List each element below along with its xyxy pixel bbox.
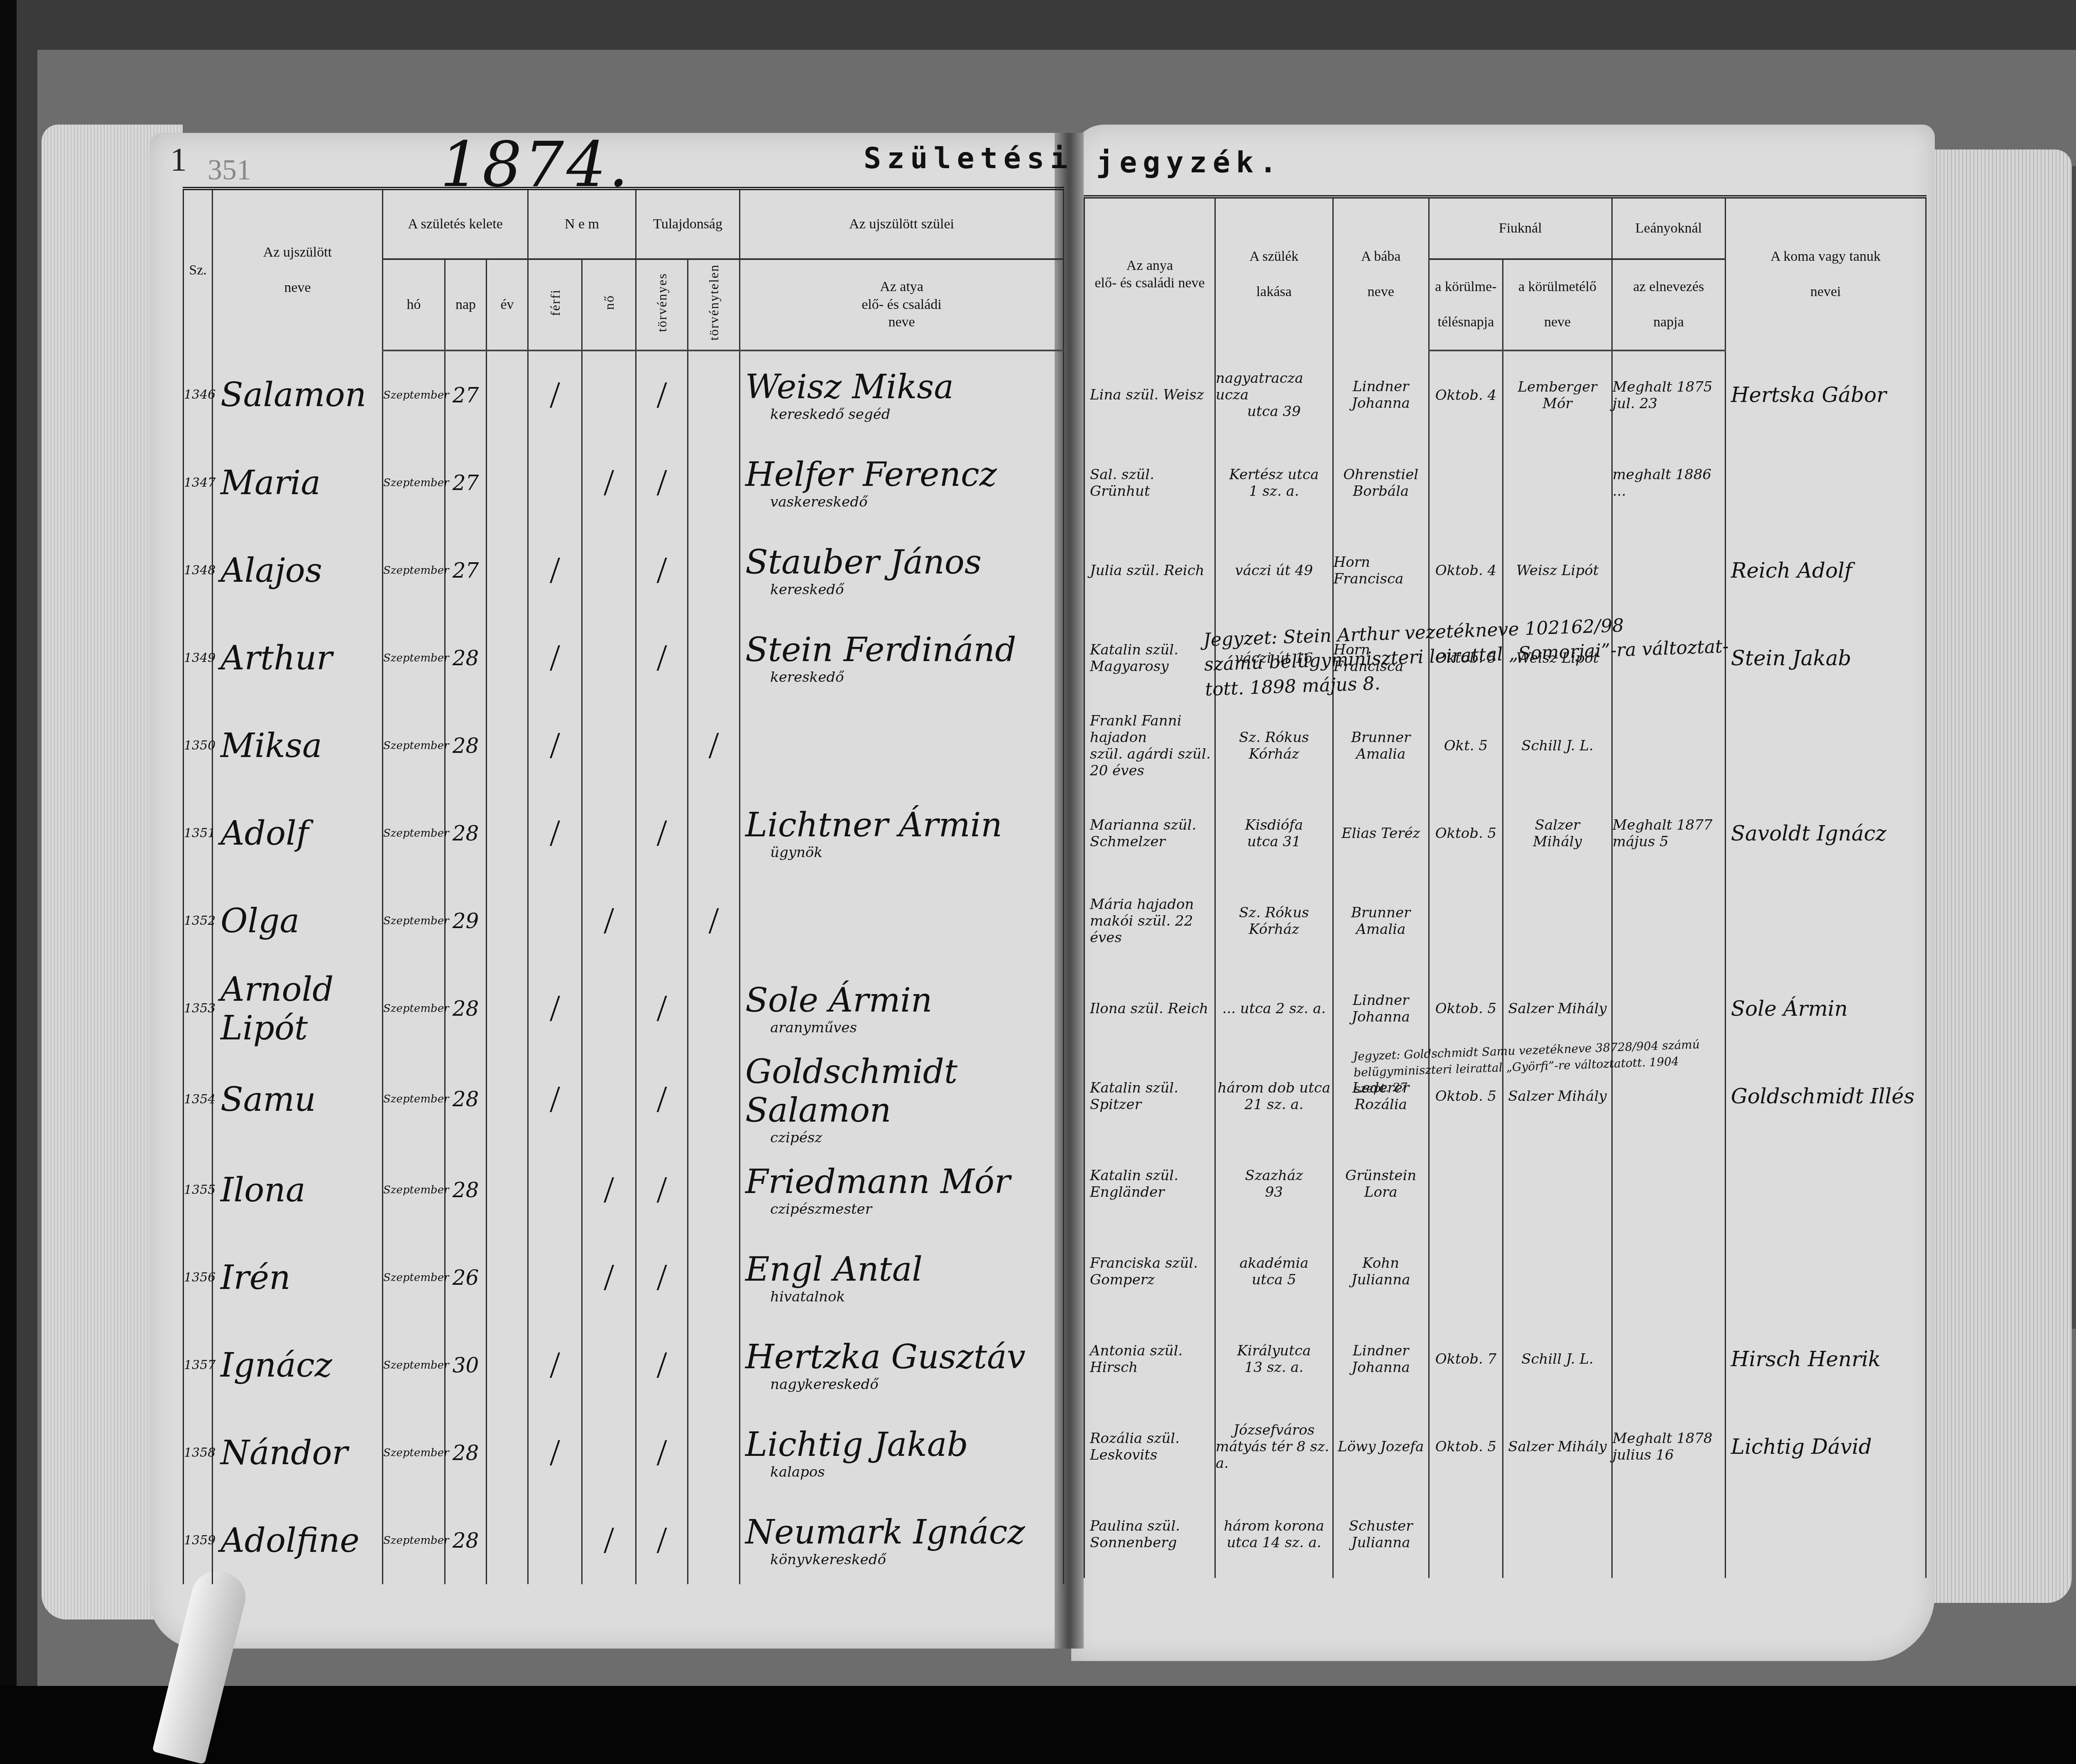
register-row: Rozália szül. LeskovitsJózsefvárosmátyás… [1085, 1403, 1926, 1490]
godparent-name [1725, 877, 1926, 965]
sex-female [582, 1321, 636, 1409]
newborn-name: Adolf [213, 789, 383, 877]
sex-female: / [582, 877, 636, 965]
midwife-name-line: Johanna [1351, 1009, 1410, 1025]
father-name: Stauber Jánoskereskedő [740, 527, 1064, 614]
register-row: 1354SamuSzeptember28//Goldschmidt Salamo… [184, 1052, 1064, 1146]
birth-month: Szeptember [383, 702, 445, 789]
scan-border-left [0, 0, 17, 1764]
register-row: 1356IrénSzeptember26//Engl Antalhivataln… [184, 1234, 1064, 1321]
parents-residence: Szazház93 [1215, 1140, 1333, 1227]
legitimate: / [636, 965, 688, 1052]
register-row: Franciska szül. Gomperzakadémiautca 5Koh… [1085, 1227, 1926, 1315]
birth-day: 27 [445, 350, 487, 439]
legitimate [636, 877, 688, 965]
register-table-left: Sz. Az ujszülöttneve A születés kelete N… [183, 187, 1064, 1584]
parents-residence-line: Sz. Rókus [1239, 904, 1309, 921]
midwife-name-line: Grünstein [1345, 1167, 1416, 1184]
register-row: 1359AdolfineSzeptember28//Neumark Ignácz… [184, 1497, 1064, 1584]
sex-male: / [528, 527, 582, 614]
naming-date-remark [1612, 702, 1725, 789]
birth-year [487, 965, 528, 1052]
midwife-name-line: Brunner [1351, 729, 1410, 746]
midwife-name-line: Rozália [1355, 1096, 1407, 1113]
midwife-name-line: Löwy Jozefa [1338, 1438, 1424, 1455]
mother-name-line: Franciska szül. Gomperz [1090, 1255, 1214, 1288]
birth-month: Szeptember [383, 1146, 445, 1234]
circumciser-name-line: Salzer Mihály [1508, 1438, 1606, 1455]
parents-residence-line: mátyás tér 8 sz. a. [1216, 1438, 1332, 1472]
midwife-name-line: Ohrenstiel [1343, 466, 1418, 483]
naming-date-remark: meghalt 1886 ... [1612, 439, 1725, 527]
sex-male: / [528, 965, 582, 1052]
father-name: Hertzka Gusztávnagykereskedő [740, 1321, 1064, 1409]
newborn-name: Ignácz [213, 1321, 383, 1409]
midwife-name-line: Julianna [1351, 1272, 1410, 1288]
circumciser-name-line: Weisz Lipót [1516, 562, 1599, 579]
birth-day: 27 [445, 439, 487, 527]
father-full-name: Helfer Ferencz [745, 455, 997, 494]
header-illegitimate: törvénytelen [688, 259, 740, 350]
birth-day: 28 [445, 1146, 487, 1234]
register-row: Frankl Fanni hajadonszül. agárdi szül. 2… [1085, 702, 1926, 789]
mother-name: Marianna szül. Schmelzer [1085, 789, 1215, 877]
birth-year [487, 1409, 528, 1497]
midwife-name-line: Brunner [1351, 904, 1410, 921]
mother-name: Mária hajadonmakói szül. 22 éves [1085, 877, 1215, 965]
birth-day: 28 [445, 614, 487, 702]
father-occupation: vaskereskedő [745, 494, 867, 510]
father-full-name: Goldschmidt Salamon [745, 1052, 1063, 1129]
father-occupation: nagykereskedő [745, 1376, 879, 1393]
header-number: Sz. [184, 189, 213, 350]
mother-name-line: Paulina szül. Sonnenberg [1090, 1518, 1214, 1551]
illegitimate: / [688, 877, 740, 965]
circumciser-name [1503, 1140, 1612, 1227]
father-name: Friedmann Mórczipészmester [740, 1146, 1064, 1234]
birth-year [487, 1234, 528, 1321]
birth-day: 28 [445, 1409, 487, 1497]
parents-residence: három dob utca21 sz. a. [1215, 1052, 1333, 1140]
midwife-name-line: Lindner [1353, 992, 1409, 1009]
newborn-name: Arthur [213, 614, 383, 702]
parents-residence-line: váczi út 49 [1235, 562, 1313, 579]
mother-name: Katalin szül. Engländer [1085, 1140, 1215, 1227]
parents-residence: Józsefvárosmátyás tér 8 sz. a. [1215, 1403, 1333, 1490]
newborn-name: Adolfine [213, 1497, 383, 1584]
sex-male: / [528, 614, 582, 702]
father-occupation: czipész [745, 1129, 822, 1146]
father-occupation: kereskedő [745, 581, 844, 598]
newborn-name: Nándor [213, 1409, 383, 1497]
entry-number: 1346 [184, 350, 213, 439]
circumcision-date-line: Oktob. 5 [1435, 825, 1497, 842]
newborn-name: Ilona [213, 1146, 383, 1234]
birth-day: 30 [445, 1321, 487, 1409]
birth-year [487, 439, 528, 527]
godparent-name [1725, 1227, 1926, 1315]
midwife-name: LindnerJohanna [1333, 1315, 1429, 1403]
father-name: Stein Ferdinándkereskedő [740, 614, 1064, 702]
mother-name-line: Frankl Fanni hajadon [1090, 713, 1214, 746]
parents-residence-line: három korona [1224, 1518, 1324, 1534]
midwife-name: LindnerJohanna [1333, 350, 1429, 439]
parents-residence: Sz. RókusKórház [1215, 702, 1333, 789]
parents-residence-line: utca 39 [1247, 403, 1301, 420]
register-row: 1348AlajosSzeptember27//Stauber Jánosker… [184, 527, 1064, 614]
header-godparents: A koma vagy tanuknevei [1725, 197, 1926, 350]
midwife-name-line: Borbála [1353, 483, 1409, 500]
register-row: 1349ArthurSzeptember28//Stein Ferdinándk… [184, 614, 1064, 702]
newborn-name: Arnold Lipót [213, 965, 383, 1052]
naming-date-remark [1612, 1227, 1725, 1315]
legitimate: / [636, 789, 688, 877]
register-row: 1358NándorSzeptember28//Lichtig Jakabkal… [184, 1409, 1064, 1497]
sex-male: / [528, 350, 582, 439]
circumciser-name: Schill J. L. [1503, 1315, 1612, 1403]
circumciser-name: Salzer Mihály [1503, 965, 1612, 1052]
page-edges-right [1918, 149, 2072, 1603]
illegitimate [688, 1409, 740, 1497]
entry-number: 1353 [184, 965, 213, 1052]
naming-date-remark [1612, 1315, 1725, 1403]
birth-day: 28 [445, 965, 487, 1052]
midwife-name-line: Julianna [1351, 1534, 1410, 1551]
parents-residence: Királyutca13 sz. a. [1215, 1315, 1333, 1403]
father-full-name: Stauber János [745, 543, 982, 581]
illegitimate [688, 439, 740, 527]
circumcision-date [1429, 1140, 1503, 1227]
scan-border-bottom [0, 1686, 2076, 1764]
midwife-name-line: Lora [1364, 1184, 1398, 1200]
godparent-name [1725, 702, 1926, 789]
entry-number: 1359 [184, 1497, 213, 1584]
illegitimate [688, 1052, 740, 1146]
newborn-name: Miksa [213, 702, 383, 789]
midwife-name-line: Horn Francisca [1334, 554, 1428, 587]
circumcision-date-line: Oktob. 5 [1435, 1438, 1497, 1455]
circumcision-date-line: Okt. 5 [1444, 737, 1488, 754]
birth-month: Szeptember [383, 527, 445, 614]
godparent-name-line: Hirsch Henrik [1731, 1347, 1881, 1371]
parents-residence-line: Sz. Rókus [1239, 729, 1309, 746]
illegitimate [688, 1234, 740, 1321]
circumcision-date: Oktob. 5 [1429, 965, 1503, 1052]
mother-name-line: Katalin szül. Magyarosy [1090, 642, 1214, 675]
father-occupation: kalapos [745, 1464, 825, 1480]
circumcision-date-line: Oktob. 7 [1435, 1351, 1497, 1367]
father-name: Goldschmidt Salamonczipész [740, 1052, 1064, 1146]
parents-residence-line: Kisdiófa [1245, 817, 1303, 833]
sex-male: / [528, 1052, 582, 1146]
circumcision-date-line: Oktob. 5 [1435, 1000, 1497, 1017]
father-occupation: hivatalnok [745, 1289, 845, 1305]
circumciser-name [1503, 1490, 1612, 1578]
sex-male [528, 1497, 582, 1584]
birth-day: 28 [445, 789, 487, 877]
midwife-name-line: Johanna [1351, 1359, 1410, 1376]
father-full-name: Engl Antal [745, 1250, 923, 1289]
parents-residence-line: 1 sz. a. [1249, 483, 1299, 500]
header-newborn-name: Az ujszülöttneve [213, 189, 383, 350]
parents-residence: Kisdiófautca 31 [1215, 789, 1333, 877]
parents-residence-line: akadémia [1239, 1255, 1308, 1272]
entry-number: 1356 [184, 1234, 213, 1321]
naming-date-remark [1612, 877, 1725, 965]
parents-residence-line: Kórház [1249, 746, 1299, 762]
sex-female [582, 1409, 636, 1497]
mother-name: Paulina szül. Sonnenberg [1085, 1490, 1215, 1578]
register-row: Marianna szül. SchmelzerKisdiófautca 31E… [1085, 789, 1926, 877]
godparent-name: Savoldt Ignácz [1725, 789, 1926, 877]
register-row: Paulina szül. Sonnenberghárom koronautca… [1085, 1490, 1926, 1578]
midwife-name: Elias Teréz [1333, 789, 1429, 877]
register-row: 1351AdolfSzeptember28//Lichtner Árminügy… [184, 789, 1064, 877]
mother-name-line: Julia szül. Reich [1090, 562, 1204, 579]
mother-name-line: Rozália szül. Leskovits [1090, 1430, 1214, 1463]
header-parents-group: Az ujszülött szülei [740, 189, 1064, 259]
father-full-name: Lichtner Ármin [745, 806, 1002, 844]
naming-date-remark: Meghalt 1878 julius 16 [1612, 1403, 1725, 1490]
sex-female: / [582, 1146, 636, 1234]
parents-residence: nagyatracza uczautca 39 [1215, 350, 1333, 439]
sex-male [528, 1146, 582, 1234]
mother-name-line: Sal. szül. Grünhut [1090, 466, 1214, 500]
header-birth-date: A születés kelete [383, 189, 528, 259]
legitimate: / [636, 1052, 688, 1146]
birth-month: Szeptember [383, 350, 445, 439]
parents-residence-line: Kertész utca [1229, 466, 1319, 483]
register-row: Ilona szül. Reich... utca 2 sz. a.Lindne… [1085, 965, 1926, 1052]
circumciser-name-line: Lemberger [1518, 379, 1597, 395]
birth-year [487, 350, 528, 439]
father-occupation: kereskedő segéd [745, 406, 891, 423]
entry-number: 1355 [184, 1146, 213, 1234]
illegitimate [688, 965, 740, 1052]
godparent-name-line: Reich Adolf [1731, 559, 1852, 583]
naming-date-remark-line: Meghalt 1875 jul. 23 [1613, 379, 1725, 412]
midwife-name: OhrenstielBorbála [1333, 439, 1429, 527]
mother-name: Rozália szül. Leskovits [1085, 1403, 1215, 1490]
godparent-name-line: Sole Ármin [1731, 997, 1848, 1021]
mother-name-line: Mária hajadon [1090, 896, 1194, 913]
circumcision-date: Oktob. 5 [1429, 789, 1503, 877]
birth-year [487, 527, 528, 614]
mother-name-line: szül. agárdi szül. 20 éves [1090, 746, 1214, 779]
entry-number: 1350 [184, 702, 213, 789]
midwife-name-line: Schuster [1349, 1518, 1413, 1534]
birth-month: Szeptember [383, 1234, 445, 1321]
page-mark: 1 [170, 141, 187, 179]
midwife-name-line: Amalia [1356, 921, 1405, 938]
father-occupation: czipészmester [745, 1201, 872, 1218]
circumciser-name: SalzerMihály [1503, 789, 1612, 877]
register-row: Lina szül. Weisznagyatracza uczautca 39L… [1085, 350, 1926, 439]
newborn-name: Irén [213, 1234, 383, 1321]
mother-name-line: Antonia szül. Hirsch [1090, 1343, 1214, 1376]
register-title-right: jegyzék. [1096, 145, 1283, 179]
parents-residence-line: Kórház [1249, 921, 1299, 938]
parents-residence-line: Királyutca [1237, 1343, 1311, 1359]
circumcision-date-line: Oktob. 4 [1435, 387, 1497, 404]
birth-month: Szeptember [383, 439, 445, 527]
father-name: Engl Antalhivatalnok [740, 1234, 1064, 1321]
sex-female: / [582, 1234, 636, 1321]
illegitimate [688, 789, 740, 877]
header-residence: A szüléklakása [1215, 197, 1333, 350]
entry-number: 1351 [184, 789, 213, 877]
birth-year [487, 1052, 528, 1146]
entry-number: 1357 [184, 1321, 213, 1409]
header-male: férfi [528, 259, 582, 350]
naming-date-remark [1612, 527, 1725, 614]
father-occupation: ügynök [745, 844, 823, 861]
mother-name-line: Katalin szül. Spitzer [1090, 1080, 1214, 1113]
circumciser-name-line: Mihály [1533, 833, 1582, 850]
circumciser-name-line: Salzer [1535, 817, 1580, 833]
mother-name-line: Ilona szül. Reich [1090, 1000, 1208, 1017]
sex-male: / [528, 789, 582, 877]
register-row: 1352OlgaSzeptember29// [184, 877, 1064, 965]
godparent-name: Lichtig Dávid [1725, 1403, 1926, 1490]
godparent-name-line: Stein Jakab [1731, 646, 1851, 670]
register-row: 1357IgnáczSzeptember30//Hertzka Gusztávn… [184, 1321, 1064, 1409]
circumcision-date [1429, 1490, 1503, 1578]
naming-date-remark [1612, 1490, 1725, 1578]
header-year: év [487, 259, 528, 350]
register-row: 1355IlonaSzeptember28//Friedmann Mórczip… [184, 1146, 1064, 1234]
birth-year [487, 1146, 528, 1234]
birth-month: Szeptember [383, 877, 445, 965]
header-legitimate: törvényes [636, 259, 688, 350]
header-boys-group: Fiuknál [1429, 197, 1612, 259]
father-name [740, 702, 1064, 789]
circumcision-date-line: Oktob. 4 [1435, 562, 1497, 579]
naming-date-remark-line: Meghalt 1878 julius 16 [1613, 1430, 1725, 1463]
godparent-name-line: Lichtig Dávid [1731, 1435, 1872, 1459]
mother-name-line: Katalin szül. Engländer [1090, 1167, 1214, 1200]
header-month: hó [383, 259, 445, 350]
midwife-name-line: Johanna [1351, 395, 1410, 412]
circumciser-name-line: Salzer Mihály [1508, 1000, 1606, 1017]
sex-male: / [528, 1409, 582, 1497]
legitimate: / [636, 1146, 688, 1234]
naming-date-remark-line: Meghalt 1877 május 5 [1613, 817, 1725, 850]
father-full-name: Friedmann Mór [745, 1162, 1010, 1201]
godparent-name [1725, 1490, 1926, 1578]
register-row: Sal. szül. GrünhutKertész utca1 sz. a.Oh… [1085, 439, 1926, 527]
illegitimate [688, 1321, 740, 1409]
mother-name: Ilona szül. Reich [1085, 965, 1215, 1052]
naming-date-remark: Meghalt 1877 május 5 [1612, 789, 1725, 877]
newborn-name: Samu [213, 1052, 383, 1146]
parents-residence-line: utca 31 [1247, 833, 1301, 850]
circumciser-name-line: Mór [1542, 395, 1572, 412]
register-row: 1353Arnold LipótSzeptember28//Sole Ármin… [184, 965, 1064, 1052]
midwife-name: Löwy Jozefa [1333, 1403, 1429, 1490]
header-midwife: A bábaneve [1333, 197, 1429, 350]
father-full-name: Hertzka Gusztáv [745, 1338, 1026, 1376]
father-full-name: Sole Ármin [745, 981, 932, 1019]
entry-number: 1354 [184, 1052, 213, 1146]
circumcision-date: Oktob. 5 [1429, 1403, 1503, 1490]
mother-name: Frankl Fanni hajadonszül. agárdi szül. 2… [1085, 702, 1215, 789]
legitimate [636, 702, 688, 789]
header-naming-date: az elnevezésnapja [1612, 259, 1725, 350]
circumcision-date [1429, 439, 1503, 527]
entry-number: 1347 [184, 439, 213, 527]
parents-residence: Sz. RókusKórház [1215, 877, 1333, 965]
circumciser-name: Schill J. L. [1503, 702, 1612, 789]
father-name: Helfer Ferenczvaskereskedő [740, 439, 1064, 527]
father-occupation: könyvkereskedő [745, 1551, 886, 1568]
illegitimate [688, 350, 740, 439]
register-row: 1346SalamonSzeptember27//Weisz Miksakere… [184, 350, 1064, 439]
birth-day: 28 [445, 1497, 487, 1584]
mother-name: Sal. szül. Grünhut [1085, 439, 1215, 527]
sex-male [528, 1234, 582, 1321]
legitimate: / [636, 527, 688, 614]
parents-residence: akadémiautca 5 [1215, 1227, 1333, 1315]
midwife-name: KohnJulianna [1333, 1227, 1429, 1315]
mother-name-line: Lina szül. Weisz [1090, 387, 1204, 403]
mother-name: Julia szül. Reich [1085, 527, 1215, 614]
godparent-name-line: Savoldt Ignácz [1731, 821, 1887, 845]
sex-female [582, 527, 636, 614]
legitimate: / [636, 1409, 688, 1497]
sex-female [582, 789, 636, 877]
father-occupation: aranyműves [745, 1019, 857, 1036]
illegitimate [688, 1497, 740, 1584]
header-sex: N e m [528, 189, 636, 259]
sex-male: / [528, 1321, 582, 1409]
illegitimate [688, 614, 740, 702]
register-row: Antonia szül. HirschKirályutca13 sz. a.L… [1085, 1315, 1926, 1403]
newborn-name: Alajos [213, 527, 383, 614]
birth-month: Szeptember [383, 1409, 445, 1497]
birth-day: 28 [445, 702, 487, 789]
sex-female: / [582, 1497, 636, 1584]
father-name [740, 877, 1064, 965]
mother-name: Franciska szül. Gomperz [1085, 1227, 1215, 1315]
father-name: Lichtner Árminügynök [740, 789, 1064, 877]
newborn-name: Salamon [213, 350, 383, 439]
legitimate: / [636, 1321, 688, 1409]
register-title-left: Születési [864, 141, 1073, 175]
register-row: 1347MariaSzeptember27//Helfer Ferenczvas… [184, 439, 1064, 527]
legitimate: / [636, 350, 688, 439]
newborn-name: Olga [213, 877, 383, 965]
birth-year [487, 1321, 528, 1409]
parents-residence: Kertész utca1 sz. a. [1215, 439, 1333, 527]
midwife-name-line: Amalia [1356, 746, 1405, 762]
circumcision-date: Oktob. 4 [1429, 350, 1503, 439]
sex-male: / [528, 702, 582, 789]
birth-month: Szeptember [383, 1052, 445, 1146]
birth-day: 27 [445, 527, 487, 614]
birth-year [487, 789, 528, 877]
header-girls-group: Leányoknál [1612, 197, 1725, 259]
naming-date-remark-line: meghalt 1886 ... [1613, 466, 1725, 500]
parents-residence-line: nagyatracza ucza [1216, 370, 1332, 403]
parents-residence-line: Szazház [1245, 1167, 1303, 1184]
birth-year [487, 614, 528, 702]
mother-name: Katalin szül. Magyarosy [1085, 614, 1215, 702]
header-legitimacy: Tulajdonság [636, 189, 740, 259]
parents-residence: váczi út 49 [1215, 527, 1333, 614]
parents-residence-line: három dob utca [1218, 1080, 1331, 1096]
midwife-name-line: Kohn [1362, 1255, 1399, 1272]
